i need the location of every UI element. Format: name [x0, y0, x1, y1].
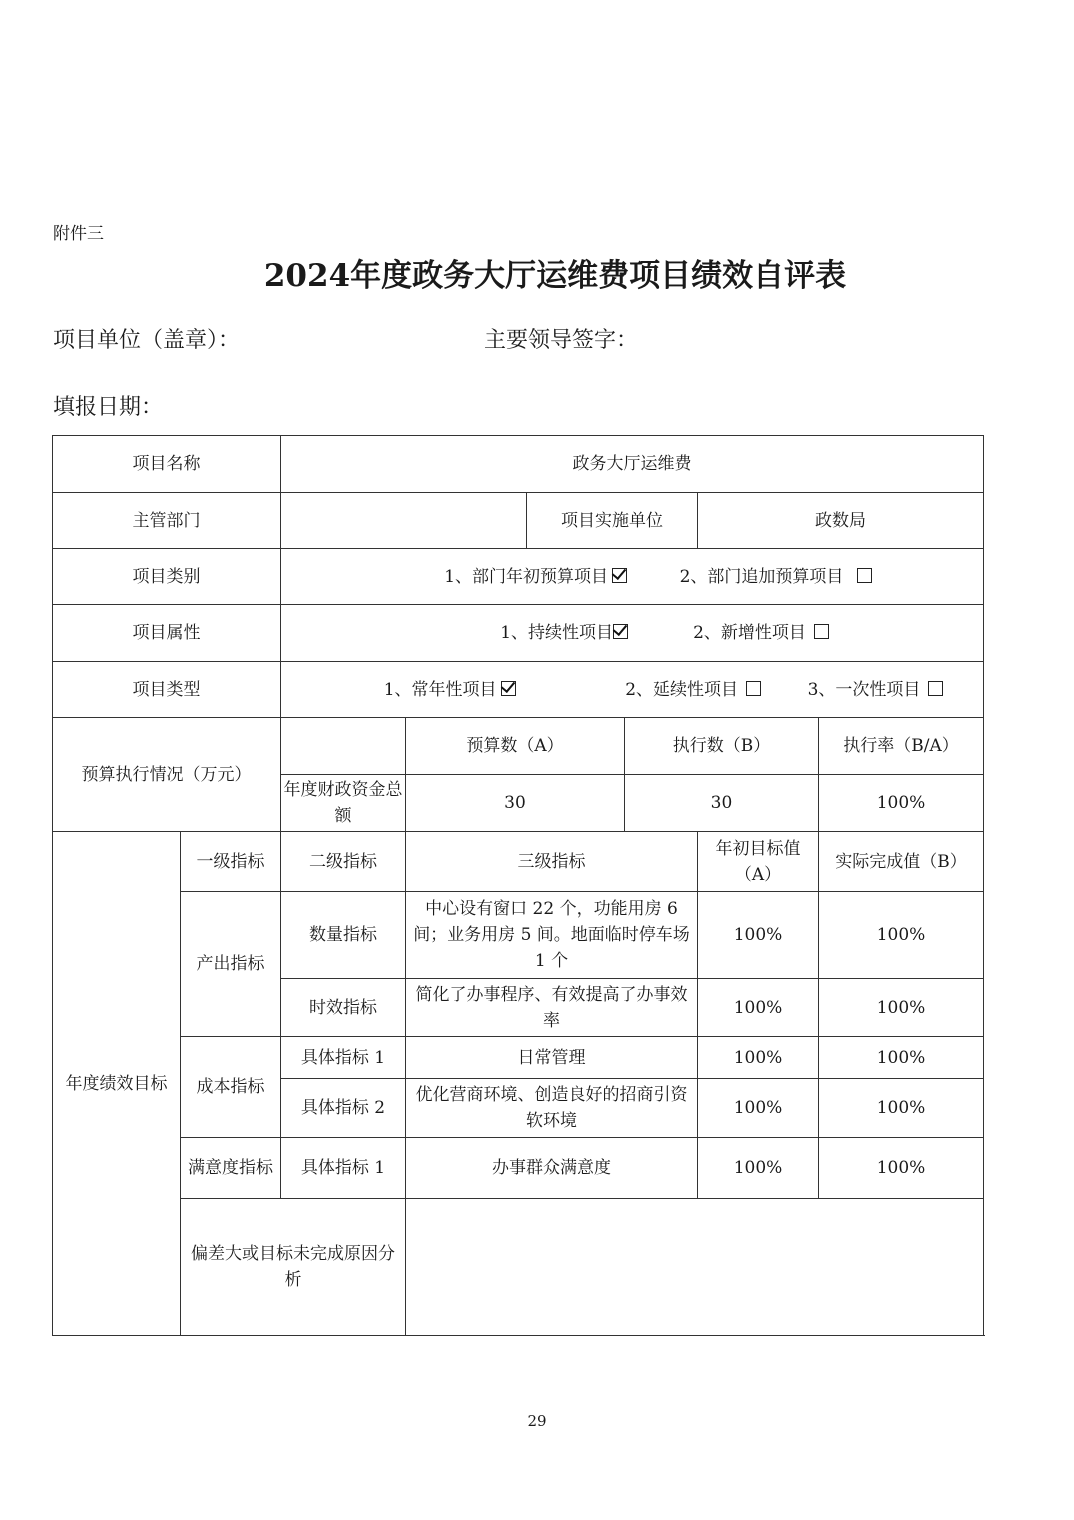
checkbox-unchecked-icon[interactable] — [746, 681, 761, 696]
level3-cell: 简化了办事程序、有效提高了办事效率 — [406, 979, 698, 1037]
project-unit-label: 项目单位（盖章）： — [53, 323, 240, 354]
checkbox-unchecked-icon[interactable] — [857, 568, 872, 583]
actual-cell: 100% — [819, 1037, 984, 1079]
row-department: 主管部门 项目实施单位 政数局 — [53, 493, 984, 549]
level1-cell: 满意度指标 — [181, 1138, 281, 1199]
document-title: 2024年度政务大厅运维费项目绩效自评表 — [0, 250, 1074, 295]
category-options: 1、部门年初预算项目2、部门追加预算项目 — [281, 549, 984, 605]
deviation-label: 偏差大或目标未完成原因分析 — [181, 1199, 406, 1336]
checkbox-unchecked-icon[interactable] — [814, 624, 829, 639]
page-number: 29 — [0, 1412, 1074, 1430]
row-type: 项目类型 1、常年性项目2、延续性项目3、一次性项目 — [53, 662, 984, 718]
row-deviation: 偏差大或目标未完成原因分析 — [53, 1199, 984, 1336]
performance-evaluation-table: 项目名称 政务大厅运维费 主管部门 项目实施单位 政数局 项目类别 1、部门年初… — [52, 435, 984, 1336]
budget-b-header: 执行数（B） — [625, 718, 819, 775]
actual-cell: 100% — [819, 1079, 984, 1138]
type-option-2: 2、延续性项目 — [579, 677, 808, 703]
fill-date-label: 填报日期： — [53, 390, 163, 421]
budget-a-value: 30 — [406, 775, 625, 832]
target-cell: 100% — [698, 892, 819, 979]
attribute-options: 1、持续性项目2、新增性项目 — [281, 605, 984, 662]
level3-cell: 办事群众满意度 — [406, 1138, 698, 1199]
budget-a-header: 预算数（A） — [406, 718, 625, 775]
level2-cell: 具体指标 1 — [281, 1138, 406, 1199]
level1-cell: 产出指标 — [181, 892, 281, 1037]
table-row: 满意度指标 具体指标 1 办事群众满意度 100% 100% — [53, 1138, 984, 1199]
budget-rate-value: 100% — [819, 775, 984, 832]
budget-b-value: 30 — [625, 775, 819, 832]
annex-label: 附件三 — [53, 219, 104, 244]
level2-cell: 数量指标 — [281, 892, 406, 979]
level2-cell: 具体指标 2 — [281, 1079, 406, 1138]
department-value — [281, 493, 527, 549]
target-cell: 100% — [698, 1079, 819, 1138]
attribute-option-2: 2、新增性项目 — [693, 620, 829, 646]
level2-header: 二级指标 — [281, 832, 406, 892]
category-option-2: 2、部门追加预算项目 — [680, 564, 873, 590]
target-cell: 100% — [698, 979, 819, 1037]
category-option-1: 1、部门年初预算项目 — [392, 564, 680, 590]
target-header: 年初目标值（A） — [698, 832, 819, 892]
level3-cell: 优化营商环境、创造良好的招商引资软环境 — [406, 1079, 698, 1138]
checkbox-checked-icon[interactable] — [613, 624, 628, 639]
department-label: 主管部门 — [53, 493, 281, 549]
budget-row-label: 年度财政资金总额 — [281, 775, 406, 832]
attribute-option-1: 1、持续性项目 — [435, 620, 693, 646]
row-category: 项目类别 1、部门年初预算项目2、部门追加预算项目 — [53, 549, 984, 605]
project-name-label: 项目名称 — [53, 436, 281, 493]
impl-unit-value: 政数局 — [698, 493, 984, 549]
budget-rate-header: 执行率（B/A） — [819, 718, 984, 775]
performance-label: 年度绩效目标 — [53, 832, 181, 1336]
checkbox-unchecked-icon[interactable] — [928, 681, 943, 696]
type-options: 1、常年性项目2、延续性项目3、一次性项目 — [281, 662, 984, 718]
row-budget-header: 预算执行情况（万元） 预算数（A） 执行数（B） 执行率（B/A） — [53, 718, 984, 775]
checkbox-checked-icon[interactable] — [501, 681, 516, 696]
table-row: 成本指标 具体指标 1 日常管理 100% 100% — [53, 1037, 984, 1079]
category-label: 项目类别 — [53, 549, 281, 605]
budget-corner-cell — [281, 718, 406, 775]
level3-header: 三级指标 — [406, 832, 698, 892]
type-option-3: 3、一次性项目 — [808, 677, 944, 703]
level3-cell: 中心设有窗口 22 个，功能用房 6 间；业务用房 5 间。地面临时停车场 1 … — [406, 892, 698, 979]
row-performance-header: 年度绩效目标 一级指标 二级指标 三级指标 年初目标值（A） 实际完成值（B） — [53, 832, 984, 892]
attribute-label: 项目属性 — [53, 605, 281, 662]
leader-signature-label: 主要领导签字： — [484, 323, 638, 354]
budget-label: 预算执行情况（万元） — [53, 718, 281, 832]
project-name-value: 政务大厅运维费 — [281, 436, 984, 493]
actual-header: 实际完成值（B） — [819, 832, 984, 892]
table-row: 产出指标 数量指标 中心设有窗口 22 个，功能用房 6 间；业务用房 5 间。… — [53, 892, 984, 979]
deviation-value[interactable] — [406, 1199, 984, 1336]
target-cell: 100% — [698, 1138, 819, 1199]
row-attribute: 项目属性 1、持续性项目2、新增性项目 — [53, 605, 984, 662]
level1-header: 一级指标 — [181, 832, 281, 892]
actual-cell: 100% — [819, 979, 984, 1037]
type-label: 项目类型 — [53, 662, 281, 718]
level1-cell: 成本指标 — [181, 1037, 281, 1138]
level2-cell: 具体指标 1 — [281, 1037, 406, 1079]
impl-unit-label: 项目实施单位 — [527, 493, 698, 549]
row-project-name: 项目名称 政务大厅运维费 — [53, 436, 984, 493]
target-cell: 100% — [698, 1037, 819, 1079]
level2-cell: 时效指标 — [281, 979, 406, 1037]
actual-cell: 100% — [819, 1138, 984, 1199]
type-option-1: 1、常年性项目 — [321, 677, 579, 703]
level3-cell: 日常管理 — [406, 1037, 698, 1079]
actual-cell: 100% — [819, 892, 984, 979]
checkbox-checked-icon[interactable] — [612, 568, 627, 583]
